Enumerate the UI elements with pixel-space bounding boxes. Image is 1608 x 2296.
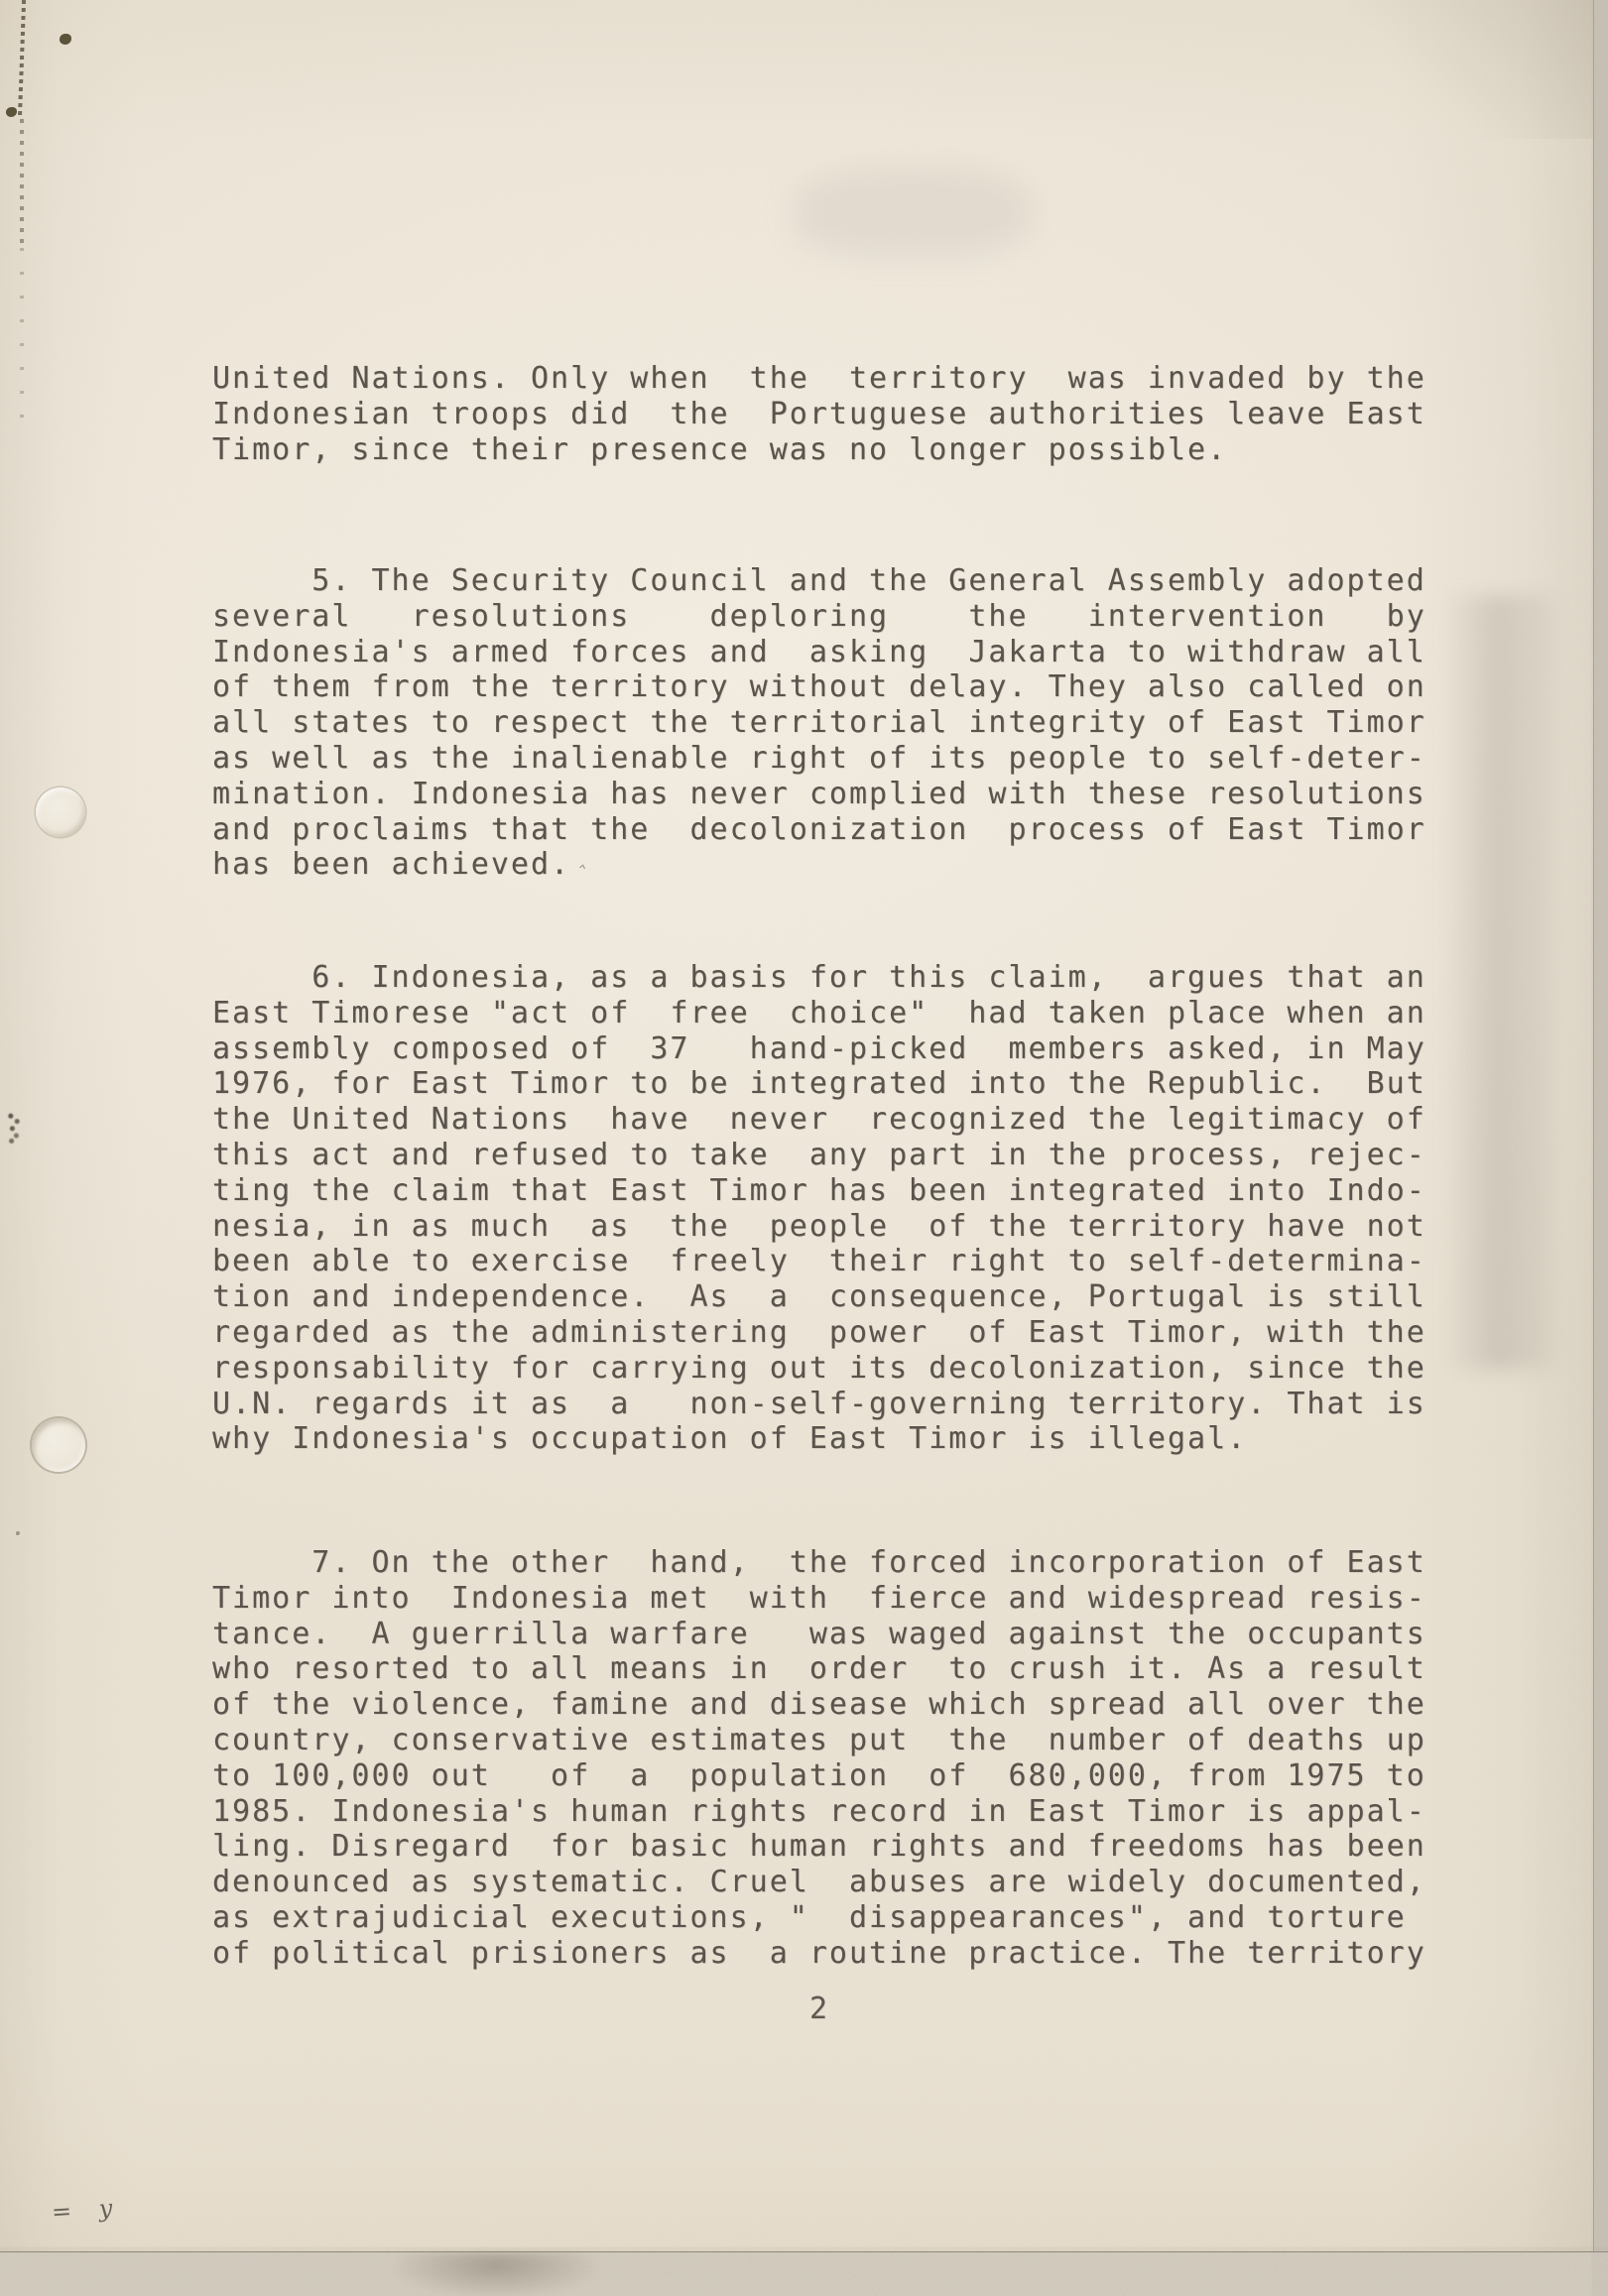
- scan-blotch-top: [794, 169, 1032, 258]
- ink-speck-1: [60, 34, 71, 45]
- page-number: 2: [809, 1992, 829, 2026]
- ink-speck-3: [16, 1531, 20, 1535]
- paragraph-7: 7. On the other hand, the forced incorpo…: [212, 1545, 1426, 1972]
- paragraph-5: 5. The Security Council and the General …: [212, 563, 1426, 883]
- scan-shading-top-right: [1350, 0, 1608, 139]
- paper-edge-right: [1593, 0, 1608, 2296]
- document-scan-page: United Nations. Only when the territory …: [0, 0, 1608, 2296]
- scan-shadow-band-right: [1443, 595, 1552, 1369]
- paragraph-6: 6. Indonesia, as a basis for this claim,…: [212, 960, 1426, 1457]
- perforation-line-mid: [20, 119, 24, 248]
- hole-punch-top: [36, 787, 85, 837]
- paragraph-intro-continuation: United Nations. Only when the territory …: [212, 361, 1426, 467]
- ink-smudge-left-margin: [6, 1109, 22, 1145]
- pencil-annotation: = y: [51, 2194, 123, 2227]
- perforation-line-sparse: [20, 248, 24, 426]
- perforation-line-top: [18, 0, 26, 119]
- ink-speck-2: [6, 107, 17, 117]
- hole-punch-bottom: [32, 1418, 85, 1472]
- scan-background-bottom: [0, 2251, 1608, 2296]
- scan-dark-patch: [397, 2252, 595, 2296]
